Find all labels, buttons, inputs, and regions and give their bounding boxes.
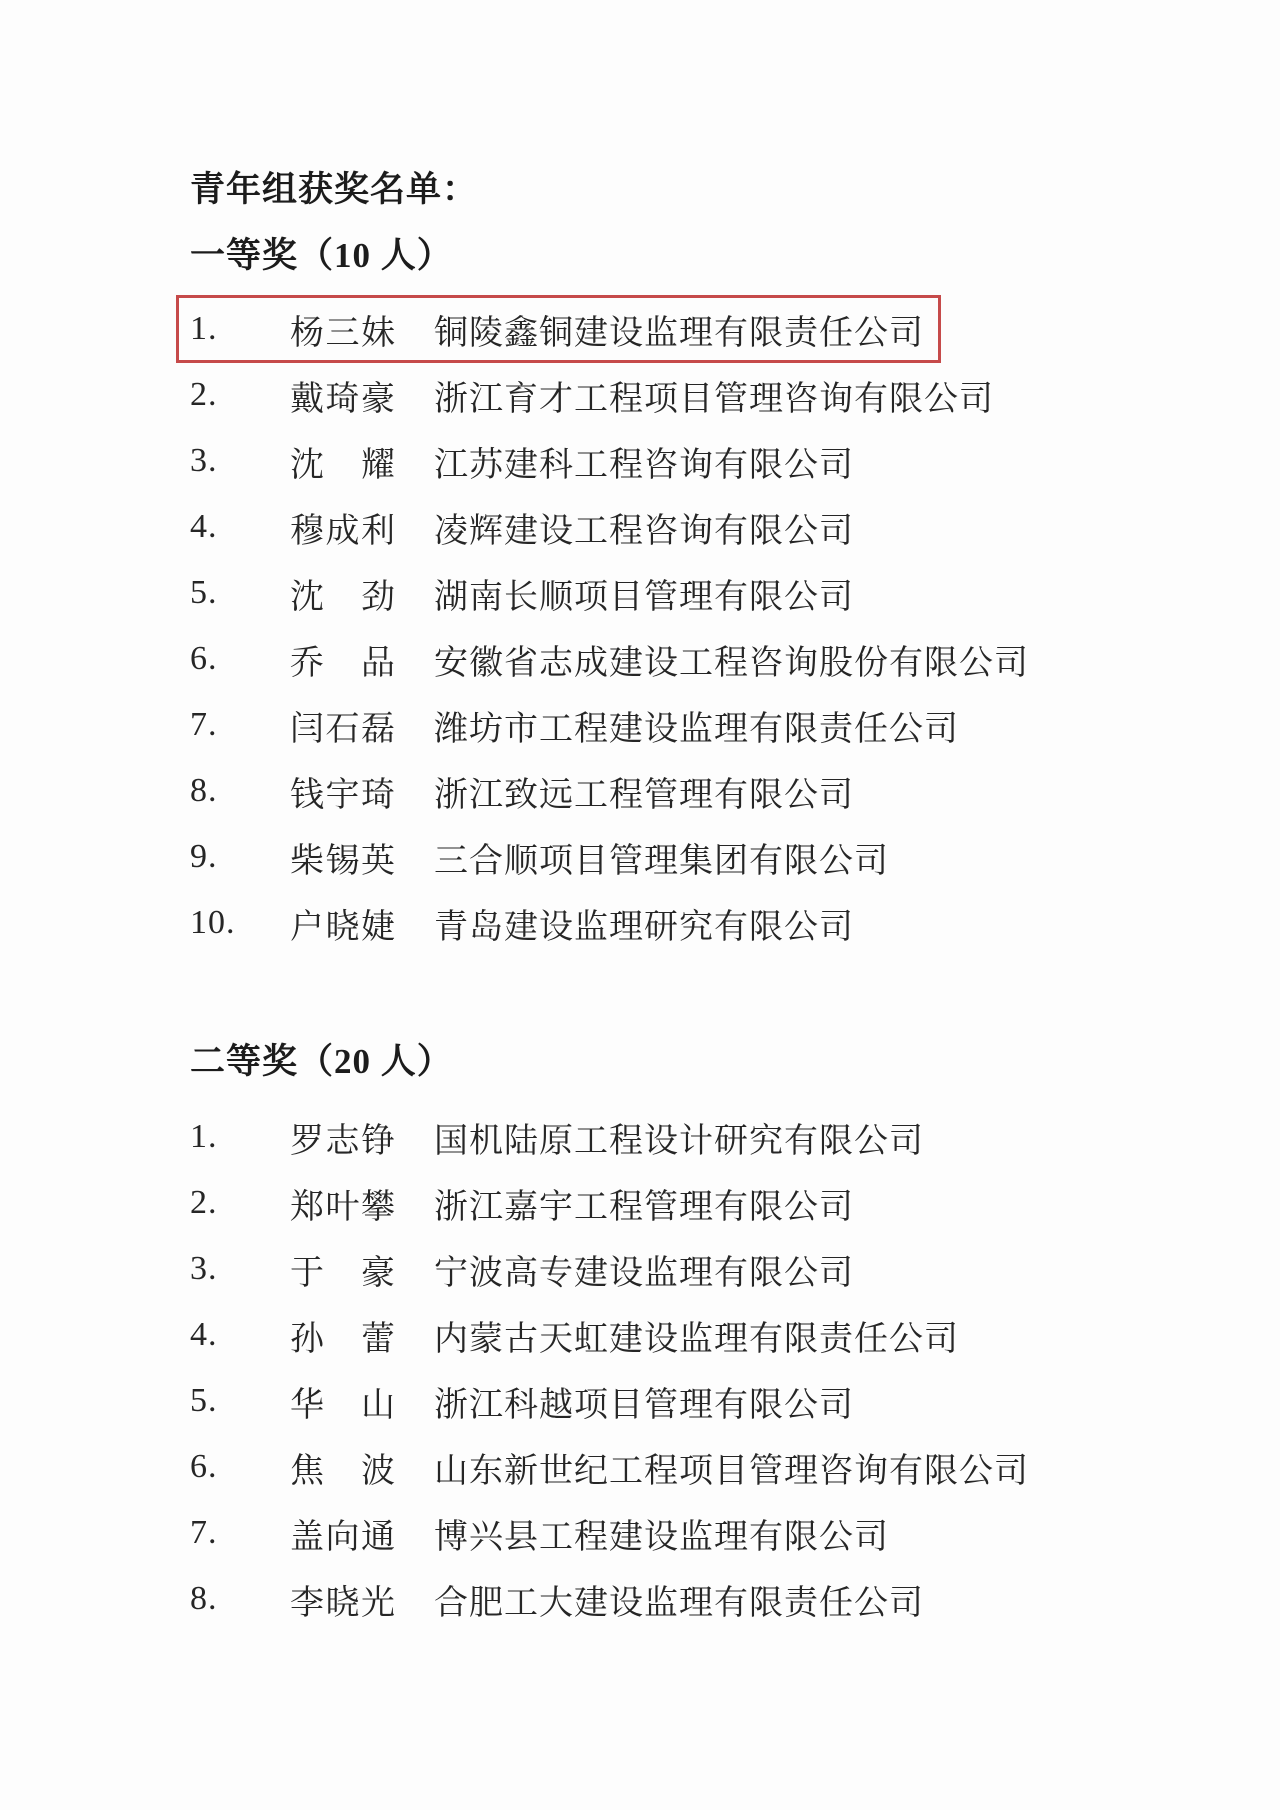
entry-number: 4. <box>190 508 290 546</box>
award-entry-row: 9. 柴锡英 三合顺项目管理集团有限公司 <box>190 824 889 890</box>
entry-company: 青岛建设监理研究有限公司 <box>434 899 854 948</box>
section-first-prize: 一等奖（10 人） 1. 杨三妹 铜陵鑫铜建设监理有限责任公司 2. 戴琦豪 浙… <box>190 238 1280 956</box>
award-entry-row: 8. 李晓光 合肥工大建设监理有限责任公司 <box>190 1566 924 1632</box>
entry-name: 郑叶攀 <box>290 1179 396 1228</box>
entry-company: 三合顺项目管理集团有限公司 <box>434 833 889 882</box>
award-entry-row: 2. 戴琦豪 浙江育才工程项目管理咨询有限公司 <box>190 362 994 428</box>
entry-company: 浙江科越项目管理有限公司 <box>434 1377 854 1426</box>
entry-number: 2. <box>190 376 290 414</box>
entry-number: 9. <box>190 838 290 876</box>
entry-name: 沈耀 <box>290 437 396 486</box>
entry-number: 6. <box>190 1448 290 1486</box>
first-prize-heading: 一等奖（10 人） <box>190 238 1280 274</box>
second-prize-heading: 二等奖（20 人） <box>190 1044 1280 1080</box>
entry-company: 内蒙古天虹建设监理有限责任公司 <box>434 1311 959 1360</box>
award-entry-row: 7. 盖向通 博兴县工程建设监理有限公司 <box>190 1500 889 1566</box>
entry-number: 8. <box>190 1580 290 1618</box>
entry-number: 7. <box>190 1514 290 1552</box>
entry-number: 8. <box>190 772 290 810</box>
entry-company: 潍坊市工程建设监理有限责任公司 <box>434 701 959 750</box>
entry-number: 1. <box>190 1118 290 1156</box>
entry-name: 戴琦豪 <box>290 371 396 420</box>
entry-number: 3. <box>190 442 290 480</box>
entry-name: 李晓光 <box>290 1575 396 1624</box>
award-entry-row: 4. 穆成利 凌辉建设工程咨询有限公司 <box>190 494 854 560</box>
entry-name: 闫石磊 <box>290 701 396 750</box>
entry-company: 江苏建科工程咨询有限公司 <box>434 437 854 486</box>
entry-name: 乔品 <box>290 635 396 684</box>
entry-number: 10. <box>190 904 290 942</box>
award-entry-row: 8. 钱宇琦 浙江致远工程管理有限公司 <box>190 758 854 824</box>
entry-company: 湖南长顺项目管理有限公司 <box>434 569 854 618</box>
entry-company: 山东新世纪工程项目管理咨询有限公司 <box>434 1443 1029 1492</box>
entry-name: 孙蕾 <box>290 1311 396 1360</box>
entry-name: 沈劲 <box>290 569 396 618</box>
entry-number: 1. <box>190 310 290 348</box>
entry-number: 2. <box>190 1184 290 1222</box>
award-entry-row: 5. 华山 浙江科越项目管理有限公司 <box>190 1368 854 1434</box>
entry-company: 浙江致远工程管理有限公司 <box>434 767 854 816</box>
award-entry-row: 2. 郑叶攀 浙江嘉宇工程管理有限公司 <box>190 1170 854 1236</box>
entry-name: 盖向通 <box>290 1509 396 1558</box>
award-entry-row: 5. 沈劲 湖南长顺项目管理有限公司 <box>190 560 854 626</box>
entry-name: 罗志铮 <box>290 1113 396 1162</box>
award-entry-row: 3. 于豪 宁波高专建设监理有限公司 <box>190 1236 854 1302</box>
entry-name: 钱宇琦 <box>290 767 396 816</box>
entry-company: 博兴县工程建设监理有限公司 <box>434 1509 889 1558</box>
entry-number: 5. <box>190 1382 290 1420</box>
entry-name: 户晓婕 <box>290 899 396 948</box>
award-entry-row: 7. 闫石磊 潍坊市工程建设监理有限责任公司 <box>190 692 959 758</box>
award-entry-row: 10. 户晓婕 青岛建设监理研究有限公司 <box>190 890 854 956</box>
entry-name: 穆成利 <box>290 503 396 552</box>
entry-company: 凌辉建设工程咨询有限公司 <box>434 503 854 552</box>
entry-company: 宁波高专建设监理有限公司 <box>434 1245 854 1294</box>
entry-number: 4. <box>190 1316 290 1354</box>
entry-number: 5. <box>190 574 290 612</box>
entry-number: 6. <box>190 640 290 678</box>
entry-company: 浙江嘉宇工程管理有限公司 <box>434 1179 854 1228</box>
entry-name: 柴锡英 <box>290 833 396 882</box>
entry-company: 安徽省志成建设工程咨询股份有限公司 <box>434 635 1029 684</box>
document-page: 青年组获奖名单： 一等奖（10 人） 1. 杨三妹 铜陵鑫铜建设监理有限责任公司… <box>0 0 1280 1810</box>
entry-name: 杨三妹 <box>290 305 396 354</box>
award-entry-row: 4. 孙蕾 内蒙古天虹建设监理有限责任公司 <box>190 1302 959 1368</box>
entry-number: 7. <box>190 706 290 744</box>
award-entry-row: 3. 沈耀 江苏建科工程咨询有限公司 <box>190 428 854 494</box>
award-entry-row: 6. 乔品 安徽省志成建设工程咨询股份有限公司 <box>190 626 1029 692</box>
entry-company: 合肥工大建设监理有限责任公司 <box>434 1575 924 1624</box>
first-prize-list: 1. 杨三妹 铜陵鑫铜建设监理有限责任公司 2. 戴琦豪 浙江育才工程项目管理咨… <box>190 296 1280 956</box>
document-title: 青年组获奖名单： <box>190 0 1280 208</box>
entry-company: 浙江育才工程项目管理咨询有限公司 <box>434 371 994 420</box>
entry-number: 3. <box>190 1250 290 1288</box>
second-prize-list: 1. 罗志铮 国机陆原工程设计研究有限公司 2. 郑叶攀 浙江嘉宇工程管理有限公… <box>190 1104 1280 1632</box>
entry-name: 焦波 <box>290 1443 396 1492</box>
entry-company: 国机陆原工程设计研究有限公司 <box>434 1113 924 1162</box>
award-entry-row: 1. 杨三妹 铜陵鑫铜建设监理有限责任公司 <box>190 296 924 362</box>
entry-company: 铜陵鑫铜建设监理有限责任公司 <box>434 305 924 354</box>
section-second-prize: 二等奖（20 人） 1. 罗志铮 国机陆原工程设计研究有限公司 2. 郑叶攀 浙… <box>190 1044 1280 1632</box>
entry-name: 华山 <box>290 1377 396 1426</box>
award-entry-row: 6. 焦波 山东新世纪工程项目管理咨询有限公司 <box>190 1434 1029 1500</box>
award-entry-row: 1. 罗志铮 国机陆原工程设计研究有限公司 <box>190 1104 924 1170</box>
entry-name: 于豪 <box>290 1245 396 1294</box>
